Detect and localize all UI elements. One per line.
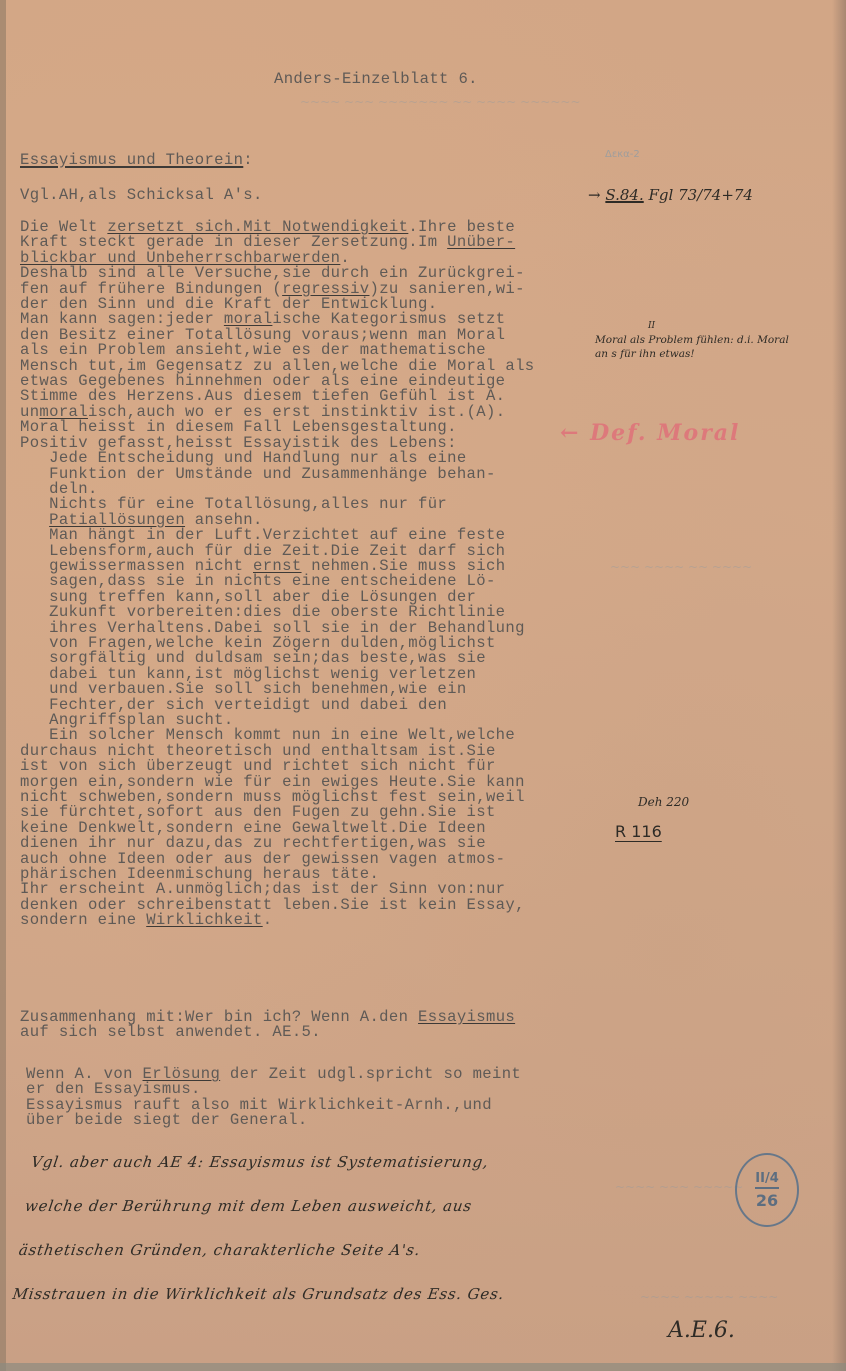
body-line: über beide siegt der General.	[26, 1113, 521, 1128]
archive-stamp: II/4 26	[735, 1153, 799, 1227]
handwritten-line: ästhetischen Gründen, charakterliche Sei…	[16, 1228, 514, 1272]
margin-note-r-text: R 116	[615, 822, 662, 841]
main-body-text: Die Welt zersetzt sich.Mit Notwendigkeit…	[20, 220, 535, 929]
document-title: Anders-Einzelblatt 6.	[274, 72, 478, 87]
red-pencil-note: ← Def. Moral	[560, 420, 740, 446]
handwritten-line: Misstrauen in die Wirklichkeit als Grund…	[10, 1272, 508, 1316]
heading-colon: :	[243, 151, 253, 169]
margin-note-deh: Deh 220	[638, 795, 689, 809]
page-ref-rest: Fgl 73/74+74	[649, 186, 753, 204]
pencil-note-top: Δεκα-2	[605, 149, 640, 160]
margin-page-reference: → S.84. Fgl 73/74+74	[588, 186, 753, 204]
handwritten-line: Vgl. aber auch AE 4: Essayismus ist Syst…	[28, 1140, 526, 1184]
bleed-through-text: ~~~~ ~~~ ~~~~~	[615, 1180, 743, 1194]
stamp-bottom: 26	[756, 1191, 778, 1210]
paper-edge-left	[0, 0, 6, 1371]
arrow-icon: →	[588, 186, 601, 204]
bleed-through-text: ~~~~ ~~~~~ ~~~~	[640, 1290, 778, 1304]
margin-note-r: R 116	[615, 822, 662, 841]
body-line: sondern eine Wirklichkeit.	[20, 913, 535, 928]
paper-edge-bottom	[0, 1363, 846, 1371]
document-page: ~~~~ ~~~ ~~~~~~~ ~~ ~~~~ ~~~~~~ ~~~ ~~~~…	[0, 0, 846, 1371]
bleed-through-text: ~~~ ~~~~ ~~ ~~~~	[610, 560, 752, 574]
stamp-top: II/4	[755, 1171, 778, 1189]
section-heading-text: Essayismus und Theorein	[20, 151, 243, 169]
handwritten-line: welche der Berührung mit dem Leben auswe…	[22, 1184, 520, 1228]
section-heading: Essayismus und Theorein:	[20, 153, 253, 168]
paper-edge-right	[832, 0, 846, 1371]
margin-note-number: II	[648, 321, 655, 331]
context-paragraph: Zusammenhang mit:Wer bin ich? Wenn A.den…	[20, 1010, 515, 1041]
page-ref: S.84.	[605, 186, 643, 204]
margin-note-moral: Moral als Problem fühlen: d.i. Moral an …	[595, 333, 789, 361]
handwritten-note-main: Vgl. aber auch AE 4: Essayismus ist Syst…	[10, 1140, 526, 1316]
margin-note-line: an s für ihn etwas!	[595, 347, 789, 361]
erloesung-paragraph: Wenn A. von Erlösung der Zeit udgl.spric…	[26, 1067, 521, 1129]
bleed-through-text: ~~~~ ~~~ ~~~~~~~ ~~ ~~~~ ~~~~~~	[300, 95, 581, 109]
margin-note-line: Moral als Problem fühlen: d.i. Moral	[595, 333, 789, 347]
subheading: Vgl.AH,als Schicksal A's.	[20, 188, 263, 203]
body-line: auf sich selbst anwendet. AE.5.	[20, 1025, 515, 1040]
page-label: A.E.6.	[668, 1318, 735, 1343]
